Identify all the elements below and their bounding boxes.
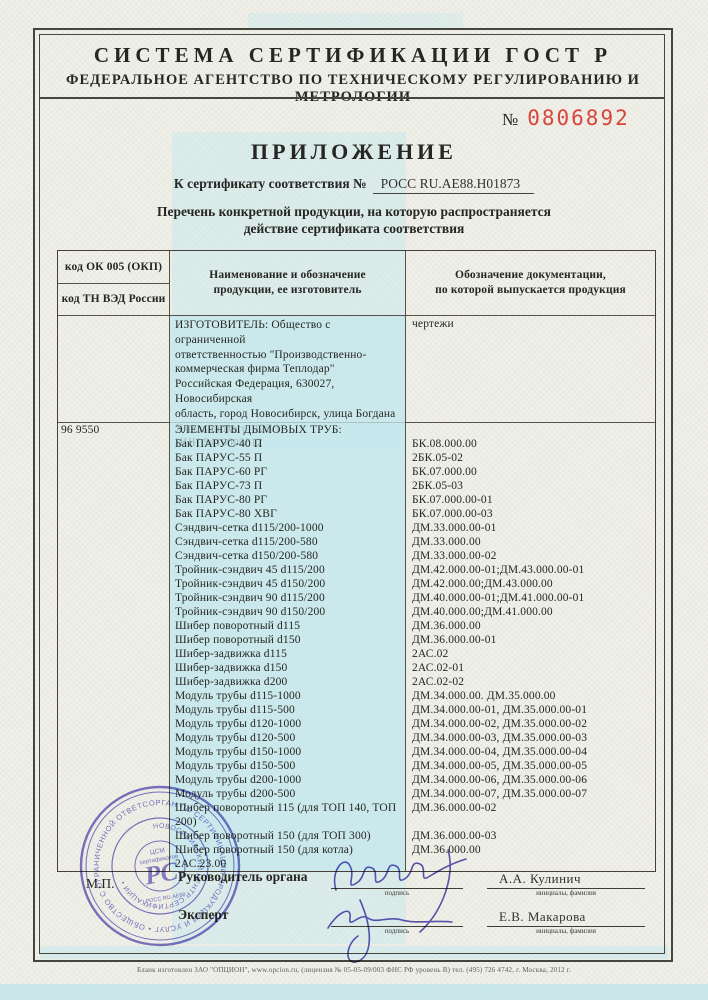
table-row: Тройник-сэндвич 45 d115/200 ДМ.42.000.00… [58,563,655,577]
table-header: код ОК 005 (ОКП) код ТН ВЭД России Наиме… [58,251,655,316]
product-doc: ДМ.36.000.00-02 [406,801,655,829]
signatory-name-head: А.А. Кулинич инициалы, фамилия [487,869,645,889]
product-name: Тройник-сэндвич 45 d115/200 [170,563,406,577]
product-doc: ДМ.34.000.00-02, ДМ.35.000.00-02 [406,717,655,731]
cert-line-label: К сертификату соответствия № [174,176,367,191]
okp-code-cell [58,493,170,507]
okp-code-cell [58,591,170,605]
okp-code-cell [58,759,170,773]
okp-code-cell [58,605,170,619]
okp-code-cell: 96 9550 [58,423,170,437]
okp-code-cell [58,451,170,465]
okp-code-cell [58,619,170,633]
okp-code-cell [58,535,170,549]
signatory-name-text: А.А. Кулинич [499,871,581,887]
product-name: Бак ПАРУС-40 П [170,437,406,451]
products-table: код ОК 005 (ОКП) код ТН ВЭД России Наиме… [57,250,656,872]
product-doc: ДМ.33.000.00 [406,535,655,549]
product-name: Бак ПАРУС-73 П [170,479,406,493]
product-doc: ДМ.42.000.00;ДМ.43.000.00 [406,577,655,591]
product-name: Шибер-задвижка d150 [170,661,406,675]
table-row: Шибер-задвижка d200 2АС.02-02 [58,675,655,689]
name-caption: инициалы, фамилия [487,889,645,897]
appendix-title: ПРИЛОЖЕНИЕ [0,139,708,165]
product-name: Модуль трубы d115-500 [170,703,406,717]
product-doc: ДМ.34.000.00-07, ДМ.35.000.00-07 [406,787,655,801]
product-doc: ДМ.36.000.00-01 [406,633,655,647]
expert-signature-stroke [328,911,452,928]
product-doc: ДМ.34.000.00-04, ДМ.35.000.00-04 [406,745,655,759]
product-doc: ДМ.33.000.00-01 [406,521,655,535]
description-line-2: действие сертификата соответствия [0,221,708,237]
okp-code-cell [58,507,170,521]
okp-code-cell [58,661,170,675]
okp-code-cell [58,731,170,745]
table-row: Бак ПАРУС-80 ХВГ БК.07.000.00-03 [58,507,655,521]
okp-code-cell [58,549,170,563]
product-doc: ДМ.34.000.00. ДМ.35.000.00 [406,689,655,703]
head-signature-stroke [335,859,466,890]
product-doc: БК.08.000.00 [406,437,655,451]
product-doc: БК.07.000.00-03 [406,507,655,521]
table-row: Шибер поворотный d115 ДМ.36.000.00 [58,619,655,633]
form-number-block: № 0806892 [502,106,630,130]
product-name: ЭЛЕМЕНТЫ ДЫМОВЫХ ТРУБ: [170,423,406,437]
table-row: Сэндвич-сетка d115/200-1000 ДМ.33.000.00… [58,521,655,535]
table-row: Тройник-сэндвич 90 d115/200 ДМ.40.000.00… [58,591,655,605]
okp-code-cell [58,689,170,703]
table-row: Модуль трубы d120-500 ДМ.34.000.00-03, Д… [58,731,655,745]
okp-code-cell [58,521,170,535]
signatory-name-expert: Е.В. Макарова инициалы, фамилия [487,907,645,927]
stamp-monogram: РС [141,856,180,891]
name-caption: инициалы, фамилия [487,927,645,935]
product-name: Шибер поворотный d115 [170,619,406,633]
okp-code-cell [58,437,170,451]
signatory-name-text: Е.В. Макарова [499,909,586,925]
table-row: Сэндвич-сетка d115/200-580 ДМ.33.000.00 [58,535,655,549]
product-name: Модуль трубы d120-1000 [170,717,406,731]
okp-code-cell [58,465,170,479]
product-doc: ДМ.34.000.00-01, ДМ.35.000.00-01 [406,703,655,717]
okp-code-cell [58,745,170,759]
product-name: Тройник-сэндвич 45 d150/200 [170,577,406,591]
agency-title: ФЕДЕРАЛЬНОЕ АГЕНТСТВО ПО ТЕХНИЧЕСКОМУ РЕ… [40,72,666,106]
table-row: Бак ПАРУС-55 П 2БК.05-02 [58,451,655,465]
col-codes-header: код ОК 005 (ОКП) код ТН ВЭД России [58,251,170,315]
product-doc: ДМ.36.000.00 [406,619,655,633]
product-doc: ДМ.33.000.00-02 [406,549,655,563]
product-name: Модуль трубы d115-1000 [170,689,406,703]
product-doc: ДМ.34.000.00-06, ДМ.35.000.00-06 [406,773,655,787]
product-name: Шибер поворотный d150 [170,633,406,647]
col-docs-header: Обозначение документации, по которой вып… [406,251,655,315]
product-name: Бак ПАРУС-80 РГ [170,493,406,507]
header-divider [40,97,664,99]
table-row: Бак ПАРУС-73 П 2БК.05-03 [58,479,655,493]
security-tint-top [248,13,463,29]
okp-code-header: код ОК 005 (ОКП) [58,251,169,284]
head-signature-tail [420,850,450,932]
product-name: Бак ПАРУС-80 ХВГ [170,507,406,521]
manufacturer-row: ИЗГОТОВИТЕЛЬ: Общество с ограниченной от… [58,316,655,423]
product-name: Сэндвич-сетка d150/200-580 [170,549,406,563]
table-row: Бак ПАРУС-60 РГ БК.07.000.00 [58,465,655,479]
table-row: Модуль трубы d150-500 ДМ.34.000.00-05, Д… [58,759,655,773]
table-row: Тройник-сэндвич 45 d150/200 ДМ.42.000.00… [58,577,655,591]
table-row: Бак ПАРУС-80 РГ БК.07.000.00-01 [58,493,655,507]
product-doc: 2БК.05-02 [406,451,655,465]
product-name: Бак ПАРУС-55 П [170,451,406,465]
number-sign: № [502,110,518,130]
product-name: Шибер-задвижка d115 [170,647,406,661]
okp-code-cell [58,717,170,731]
certificate-reference-line: К сертификату соответствия №РОСС RU.AE88… [0,176,708,192]
product-doc: ДМ.42.000.00-01;ДМ.43.000.00-01 [406,563,655,577]
security-tint-bottom [0,984,708,1000]
product-doc: ДМ.34.000.00-05, ДМ.35.000.00-05 [406,759,655,773]
table-row: Модуль трубы d115-500 ДМ.34.000.00-01, Д… [58,703,655,717]
table-row: Бак ПАРУС-40 П БК.08.000.00 [58,437,655,451]
table-row: Модуль трубы d115-1000 ДМ.34.000.00. ДМ.… [58,689,655,703]
okp-code-cell [58,647,170,661]
product-doc: 2АС.02-01 [406,661,655,675]
table-row: 96 9550 ЭЛЕМЕНТЫ ДЫМОВЫХ ТРУБ: [58,423,655,437]
form-number: 0806892 [527,106,630,130]
product-name: Тройник-сэндвич 90 d115/200 [170,591,406,605]
table-row: Сэндвич-сетка d150/200-580 ДМ.33.000.00-… [58,549,655,563]
expert-signature-tail [348,900,369,962]
product-doc: ДМ.40.000.00-01;ДМ.41.000.00-01 [406,591,655,605]
product-name: Модуль трубы d120-500 [170,731,406,745]
table-row: Модуль трубы d150-1000 ДМ.34.000.00-04, … [58,745,655,759]
product-doc: БК.07.000.00-01 [406,493,655,507]
cert-number: РОСС RU.AE88.H01873 [373,176,534,194]
table-row: Шибер поворотный d150 ДМ.36.000.00-01 [58,633,655,647]
tnved-code-header: код ТН ВЭД России [58,284,169,316]
product-doc: 2АС.02-02 [406,675,655,689]
product-name: Модуль трубы d150-500 [170,759,406,773]
product-doc [406,423,655,437]
product-name: Модуль трубы d150-1000 [170,745,406,759]
okp-code-cell [58,633,170,647]
product-name: Сэндвич-сетка d115/200-1000 [170,521,406,535]
okp-code-cell [58,675,170,689]
description-line-1: Перечень конкретной продукции, на котору… [0,204,708,220]
product-doc: 2БК.05-03 [406,479,655,493]
system-title: СИСТЕМА СЕРТИФИКАЦИИ ГОСТ Р [40,43,666,68]
product-name: Сэндвич-сетка d115/200-580 [170,535,406,549]
okp-code-cell [58,703,170,717]
product-doc: ДМ.40.000.00;ДМ.41.000.00 [406,605,655,619]
table-row: Шибер-задвижка d150 2АС.02-01 [58,661,655,675]
blank-manufacturer-note: Бланк изготовлен ЗАО "ОПЦИОН", www.opcio… [0,966,708,974]
product-doc: ДМ.34.000.00-03, ДМ.35.000.00-03 [406,731,655,745]
col-product-header: Наименование и обозначение продукции, ее… [170,251,406,315]
okp-code-cell [58,563,170,577]
table-row: Шибер-задвижка d115 2АС.02 [58,647,655,661]
handwritten-signatures [300,836,510,966]
product-name: Бак ПАРУС-60 РГ [170,465,406,479]
table-row: Тройник-сэндвич 90 d150/200 ДМ.40.000.00… [58,605,655,619]
okp-code-cell [58,577,170,591]
product-name: Тройник-сэндвич 90 d150/200 [170,605,406,619]
product-name: Шибер-задвижка d200 [170,675,406,689]
table-row: Модуль трубы d120-1000 ДМ.34.000.00-02, … [58,717,655,731]
product-doc: БК.07.000.00 [406,465,655,479]
product-doc: 2АС.02 [406,647,655,661]
stamp-center-top: ЦСМ [150,847,166,856]
okp-code-cell [58,479,170,493]
certification-stamp-icon: ОРГАН ПО СЕРТИФИКАЦИИ ПРОДУКЦИИ И УСЛУГ … [76,782,244,950]
